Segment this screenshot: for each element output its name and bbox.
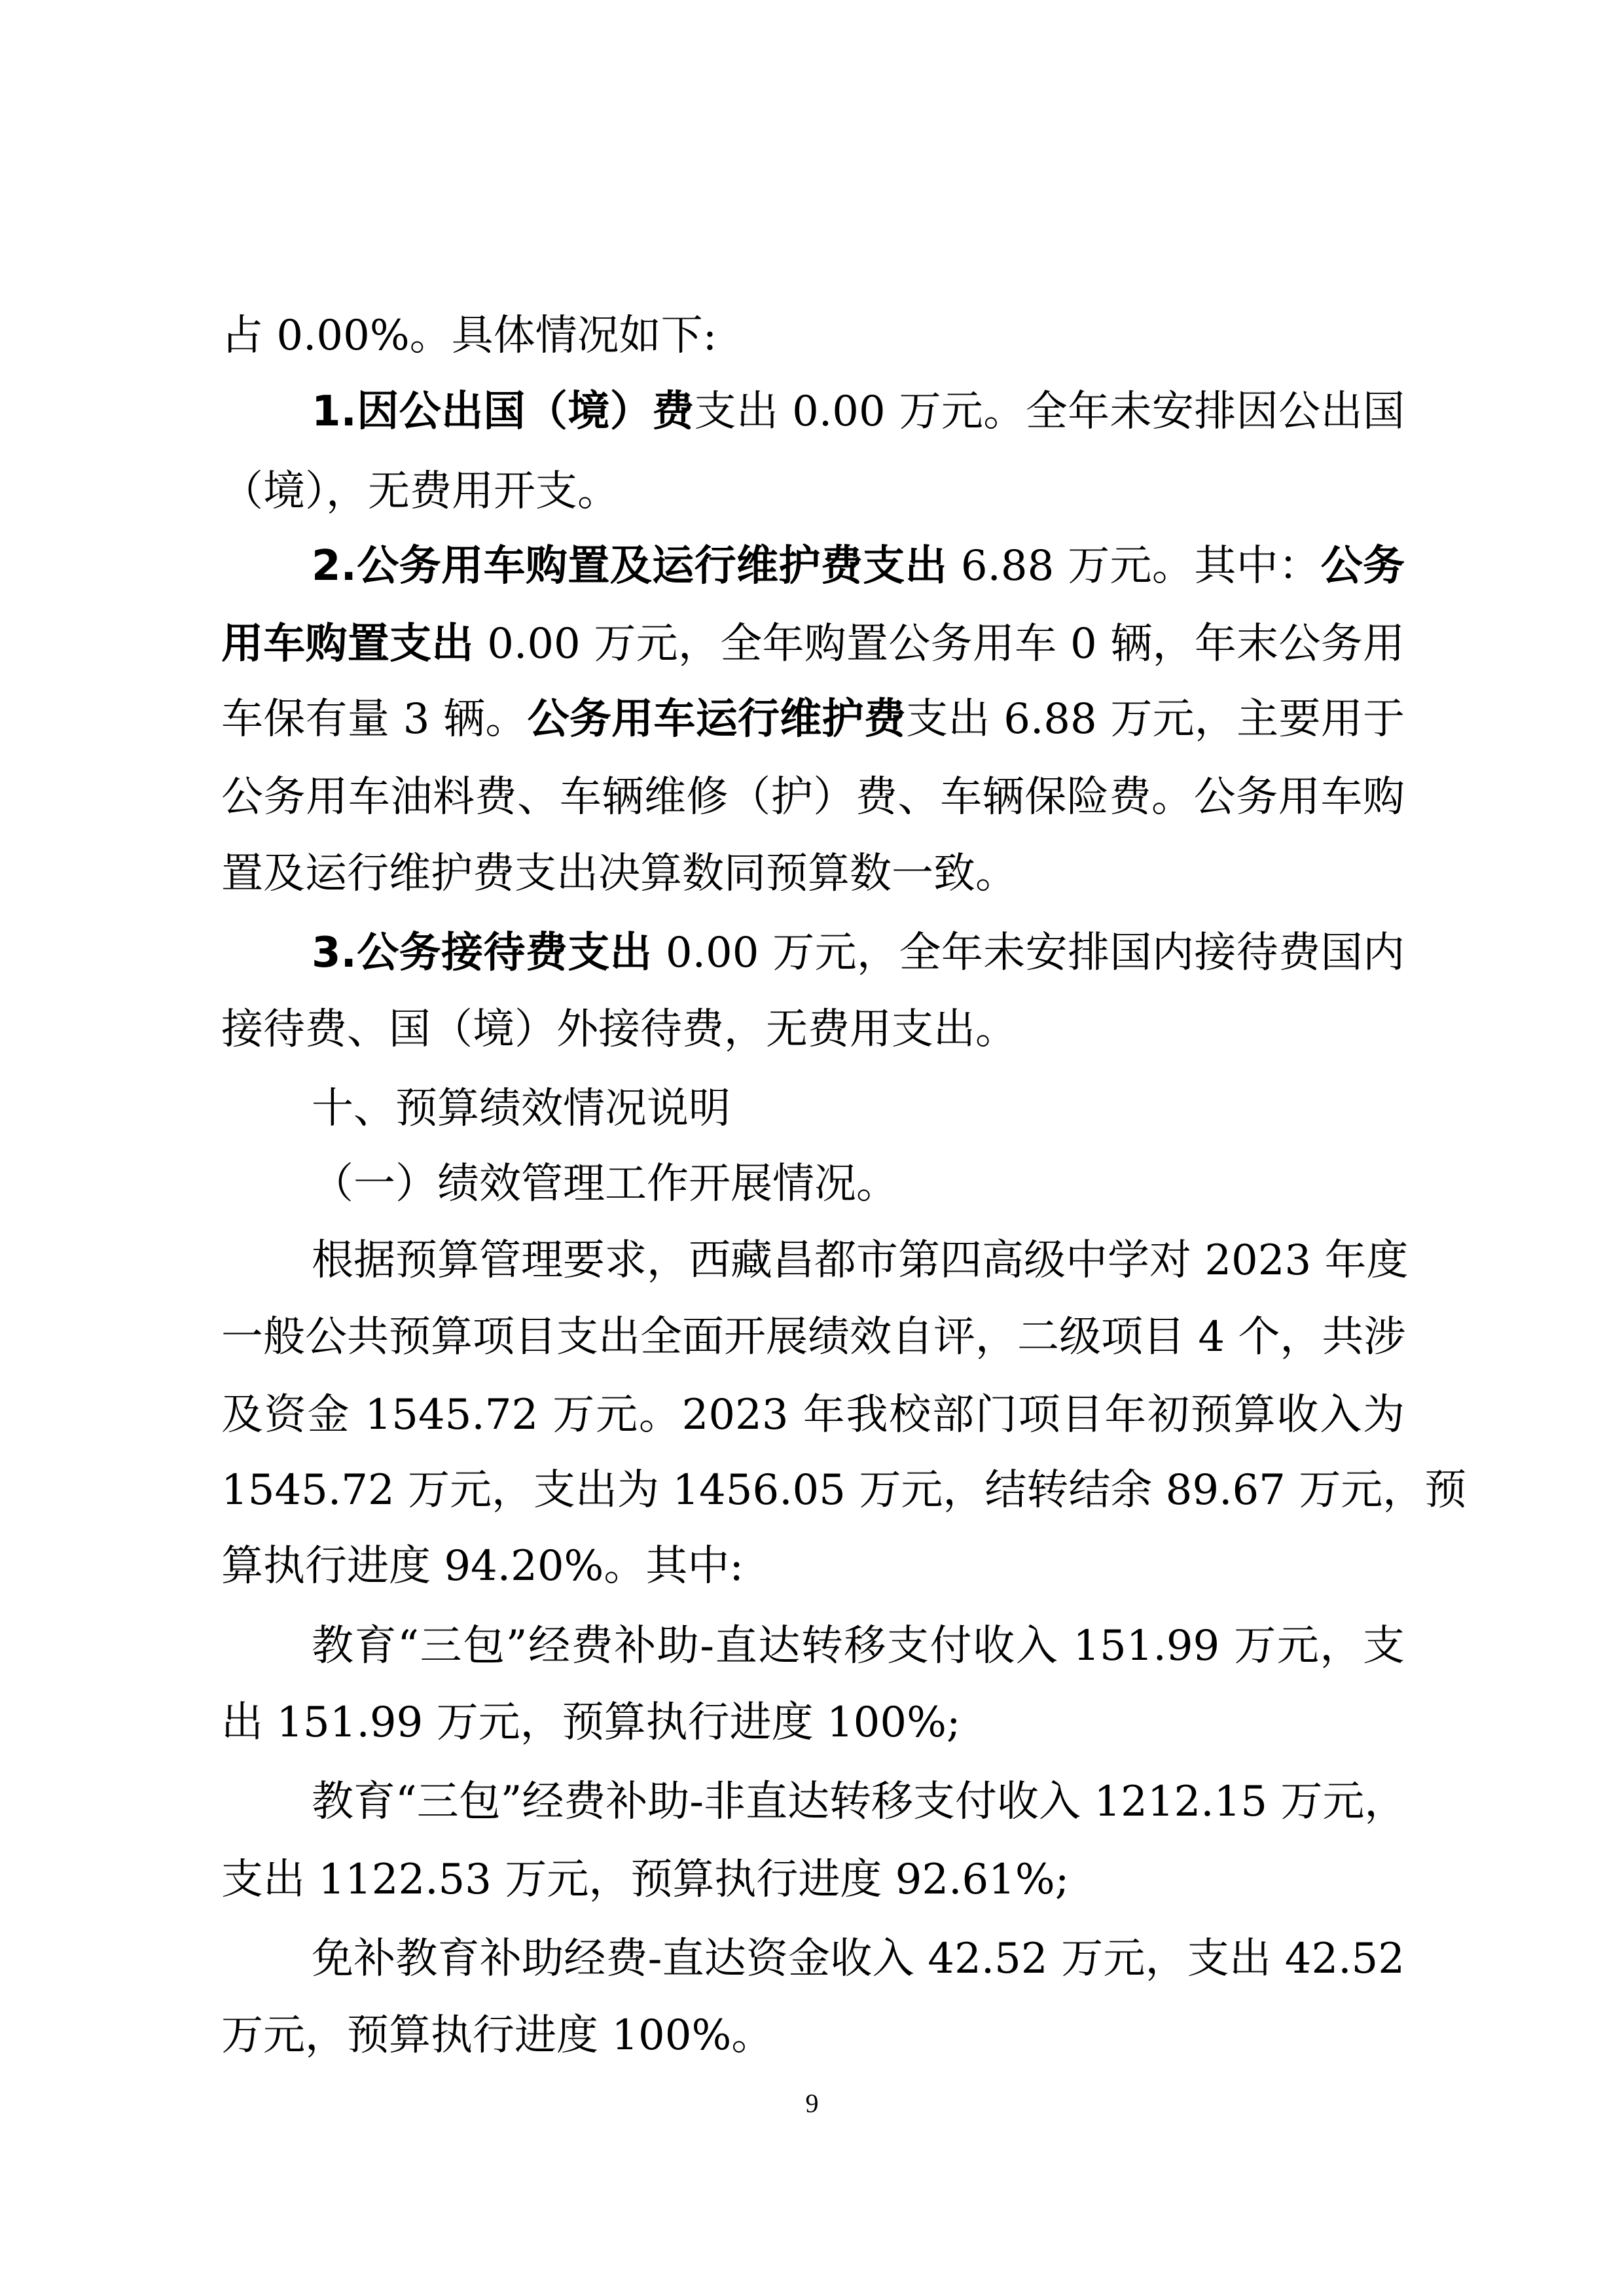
text-line: 置及运行维护费支出决算数同预算数一致。 <box>221 844 1405 903</box>
text-line: 一般公共预算项目支出全面开展绩效自评，二级项目 4 个，共涉 <box>221 1308 1405 1367</box>
page-number: 9 <box>0 2088 1624 2119</box>
text-segment: 万元，预算执行进度 100%。 <box>221 2011 773 2060</box>
text-segment: 一般公共预算项目支出全面开展绩效自评，二级项目 4 个，共涉 <box>221 1313 1405 1361</box>
text-segment-bold: 公务 <box>1321 542 1405 590</box>
text-line: 出 151.99 万元，预算执行进度 100%; <box>221 1693 1405 1752</box>
text-line: 1.因公出国（境）费支出 0.00 万元。全年未安排因公出国 <box>312 382 1405 441</box>
text-segment: 1545.72 万元，支出为 1456.05 万元，结转结余 89.67 万元，… <box>221 1466 1466 1515</box>
text-line: 根据预算管理要求，西藏昌都市第四高级中学对 2023 年度 <box>312 1231 1405 1290</box>
section-heading: 十、预算绩效情况说明 <box>312 1079 1405 1138</box>
text-line: 算执行进度 94.20%。其中: <box>221 1537 1405 1596</box>
text-line: 及资金 1545.72 万元。2023 年我校部门项目年初预算收入为 <box>221 1386 1405 1444</box>
text-segment: 支出 6.88 万元，主要用于 <box>906 695 1405 744</box>
text-line: 占 0.00%。具体情况如下: <box>221 306 1405 365</box>
item-heading-reception: 3.公务接待费支出 <box>312 929 652 977</box>
text-line: 教育“三包”经费补助-非直达转移支付收入 1212.15 万元， <box>312 1772 1405 1831</box>
text-line: 公务用车油料费、车辆维修（护）费、车辆保险费。公务用车购 <box>221 768 1405 827</box>
text-line: 支出 1122.53 万元，预算执行进度 92.61%; <box>221 1850 1405 1909</box>
text-line: 2.公务用车购置及运行维护费支出 6.88 万元。其中：公务 <box>312 537 1405 596</box>
text-segment: 算执行进度 94.20%。其中: <box>221 1542 744 1590</box>
text-segment: 0.00 万元，全年购置公务用车 0 辆，年末公务用 <box>474 620 1405 668</box>
item-heading-overseas: 1.因公出国（境）费 <box>312 387 695 436</box>
text-segment: 支出 1122.53 万元，预算执行进度 92.61%; <box>221 1856 1069 1904</box>
subsection-heading: （一）绩效管理工作开展情况。 <box>312 1155 1405 1213</box>
text-segment: 接待费、国（境）外接待费，无费用支出。 <box>221 1005 1017 1054</box>
text-segment: 教育“三包”经费补助-直达转移支付收入 151.99 万元，支 <box>312 1622 1405 1670</box>
text-line: 免补教育补助经费-直达资金收入 42.52 万元，支出 42.52 <box>312 1929 1405 1988</box>
document-page: 占 0.00%。具体情况如下: 1.因公出国（境）费支出 0.00 万元。全年未… <box>0 0 1624 2296</box>
text-line: 万元，预算执行进度 100%。 <box>221 2006 1405 2065</box>
text-segment: 置及运行维护费支出决算数同预算数一致。 <box>221 850 1017 898</box>
text-segment-bold: 公务用车运行维护费 <box>528 695 906 744</box>
text-line: 1545.72 万元，支出为 1456.05 万元，结转结余 89.67 万元，… <box>221 1461 1405 1520</box>
text-segment: 支出 0.00 万元。全年未安排因公出国 <box>695 387 1405 436</box>
text-segment-bold: 用车购置支出 <box>221 620 474 668</box>
text-segment: 教育“三包”经费补助-非直达转移支付收入 1212.15 万元， <box>312 1778 1406 1826</box>
text-segment: 6.88 万元。其中： <box>947 542 1321 590</box>
text-segment: 占 0.00%。具体情况如下: <box>221 312 717 360</box>
text-segment: 根据预算管理要求，西藏昌都市第四高级中学对 2023 年度 <box>312 1236 1409 1285</box>
text-segment: 及资金 1545.72 万元。2023 年我校部门项目年初预算收入为 <box>221 1391 1405 1439</box>
subsection-title: （一）绩效管理工作开展情况。 <box>312 1160 898 1208</box>
text-segment: （境），无费用开支。 <box>221 467 619 516</box>
text-segment: 公务用车油料费、车辆维修（护）费、车辆保险费。公务用车购 <box>221 773 1405 821</box>
text-line: 接待费、国（境）外接待费，无费用支出。 <box>221 1000 1405 1059</box>
text-line: （境），无费用开支。 <box>221 462 1405 521</box>
text-segment: 出 151.99 万元，预算执行进度 100%; <box>221 1698 961 1747</box>
text-segment: 车保有量 3 辆。 <box>221 695 528 744</box>
section-title-budget-performance: 十、预算绩效情况说明 <box>312 1085 731 1133</box>
text-line: 3.公务接待费支出 0.00 万元，全年未安排国内接待费国内 <box>312 924 1405 982</box>
text-segment: 免补教育补助经费-直达资金收入 42.52 万元，支出 42.52 <box>312 1935 1405 1983</box>
text-line: 用车购置支出 0.00 万元，全年购置公务用车 0 辆，年末公务用 <box>221 615 1405 673</box>
text-segment: 0.00 万元，全年未安排国内接待费国内 <box>652 929 1405 977</box>
item-heading-vehicle: 2.公务用车购置及运行维护费支出 <box>312 542 947 590</box>
text-line: 教育“三包”经费补助-直达转移支付收入 151.99 万元，支 <box>312 1617 1405 1676</box>
text-line: 车保有量 3 辆。公务用车运行维护费支出 6.88 万元，主要用于 <box>221 690 1405 749</box>
